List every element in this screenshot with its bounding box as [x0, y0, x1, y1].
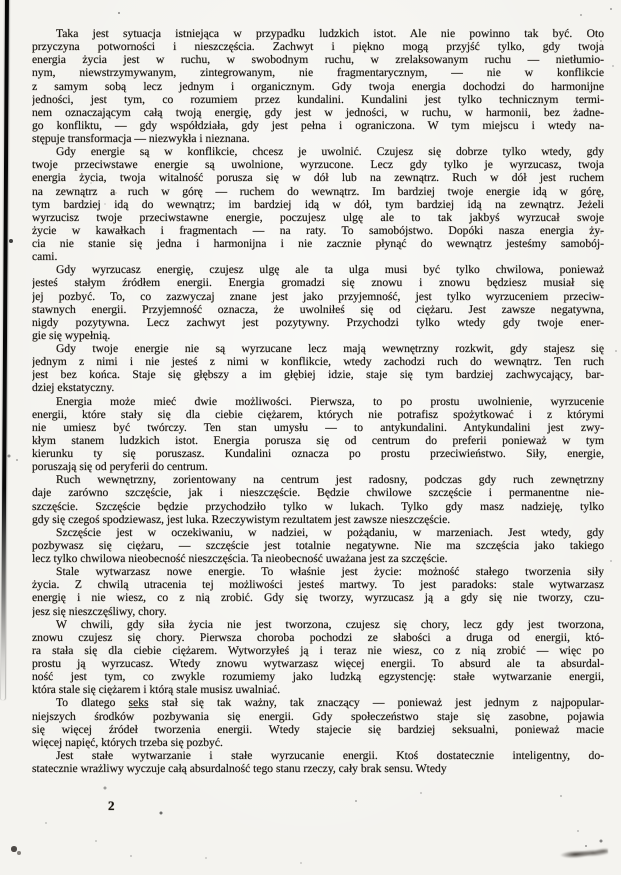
text-line: poruszają się od peryferii do centrum.: [32, 460, 604, 473]
text-line: ra stała się dla ciebie ciężarem. Wytwor…: [32, 644, 604, 657]
text-line: energia życia jest w ruchu, w swobodnym …: [32, 53, 604, 66]
text-line: jest bez końca. Staje się głębszy a im g…: [32, 368, 604, 381]
scan-speckles: [0, 0, 2, 2]
text-line: jesz się nieszczęśliwy, chory.: [32, 605, 604, 618]
text-line: która stale się ciężarem i którą stale m…: [32, 683, 604, 696]
text-line: kłym stanem ludzkich istot. Energia poru…: [32, 434, 604, 447]
text-line: kierunku ty się poruszasz. Kundalini ozn…: [32, 447, 604, 460]
text-line: ność jest tym, co zwykle rozumiemy jako …: [32, 670, 604, 683]
text-line: życie w kawałkach i fragmentach — na rat…: [32, 224, 604, 237]
text-line: nem oznaczającym całą twoją energię, gdy…: [32, 106, 604, 119]
text-line: pozbywasz się ciężaru, — szczęście jest …: [32, 539, 604, 552]
text-line: stępuje transformacja — niezwykła i niez…: [32, 132, 604, 145]
text-line: jesteś stałym źródłem energii. Energia g…: [32, 276, 604, 289]
text-line: gie się wypełnią.: [32, 329, 604, 342]
text-line: nie umiesz być twórczy. Ten stan umysłu …: [32, 421, 604, 434]
text-line: Ruch wewnętrzny, zorientowany na centrum…: [32, 473, 604, 486]
text-line: twoje przeciwstawe energie są uwolnione,…: [32, 158, 604, 171]
text-line: prostu ją wyrzucasz. Wtedy znowu wytwarz…: [32, 657, 604, 670]
text-line: nigdy pozytywna. Lecz zachwyt jest pozyt…: [32, 316, 604, 329]
text-line: Gdy energie są w konflikcie, chcesz je u…: [32, 145, 604, 158]
text-line: cami.: [32, 250, 604, 263]
text-line: niejszych środków pozbywania się energii…: [32, 710, 604, 723]
text-line: energię i nie wiesz, co z nią zrobić. Gd…: [32, 591, 604, 604]
text-line: Energia może mieć dwie możliwości. Pierw…: [32, 395, 604, 408]
text-line: cia nie stanie się jedna i harmonijna i …: [32, 237, 604, 250]
text-line: statecznie wrażliwy wyczuje całą absurda…: [32, 762, 604, 775]
text-line: lecz tylko chwilowa nieobecność nieszczę…: [32, 552, 604, 565]
text-line: szczęście. Szczęście będzie przychodziło…: [32, 500, 604, 513]
text-line: stawnych energii. Przyjemność oznacza, ż…: [32, 303, 604, 316]
text-line: Gdy wyrzucasz energię, czujesz ulgę ale …: [32, 263, 604, 276]
text-line: gdy się czegoś spodziewasz, jest luka. R…: [32, 513, 604, 526]
text-line: na zewnątrz a ruch w górę — ruchem do we…: [32, 185, 604, 198]
text-line: nym, niewstrzymywanym, zintegrowanym, ni…: [32, 66, 604, 79]
underlined-word: seks: [129, 696, 149, 709]
text-line: tym bardziej idą do wewnątrz; im bardzie…: [32, 198, 604, 211]
text-line: jej pozbyć. To, co zazwyczaj znane jest …: [32, 290, 604, 303]
text-line: energii, które stały się dla ciebie cięż…: [32, 408, 604, 421]
text-line: dziej ekstatyczny.: [32, 381, 604, 394]
text-line: z samym sobą lecz jednym i organicznym. …: [32, 80, 604, 93]
text-line: energia życia, twoja witalność porusza s…: [32, 171, 604, 184]
text-line: przyczyna potworności i nieszczęścia. Za…: [32, 40, 604, 53]
text-line: To dlatego seks stał się tak ważny, tak …: [32, 696, 604, 709]
text-line: Taka jest sytuacja istniejąca w przypadk…: [32, 27, 604, 40]
text-line: jednym z nimi i nie jesteś z nimi w konf…: [32, 355, 604, 368]
text-line: się więcej źródeł tworzenia energii. Wte…: [32, 723, 604, 736]
text-line: W chwili, gdy siła życia nie jest tworzo…: [32, 618, 604, 631]
text-line: go konfliktu, — gdy współdziała, gdy jes…: [32, 119, 604, 132]
text-line: jedności, jest tym, co rozumiem przez ku…: [32, 93, 604, 106]
text-line: Stale wytwarzasz nowe energie. To właśni…: [32, 565, 604, 578]
scan-smudge: [558, 847, 608, 860]
text-line: daje zarówno szczęście, jak i nieszczęśc…: [32, 486, 604, 499]
scanned-document-page: Taka jest sytuacja istniejąca w przypadk…: [0, 0, 621, 875]
text-line: życia. Z chwilą utracenia tej możliwości…: [32, 578, 604, 591]
page-number: 2: [108, 798, 115, 814]
scan-edge-line: [1, 0, 9, 700]
text-line: Jest stałe wytwarzanie i stałe wyrzucani…: [32, 749, 604, 762]
text-line: znowu czujesz się chory. Pierwsza chorob…: [32, 631, 604, 644]
text-line: więcej napięć, których trzeba się pozbyć…: [32, 736, 604, 749]
text-line: Gdy twoje energie nie są wyrzucane lecz …: [32, 342, 604, 355]
document-text: Taka jest sytuacja istniejąca w przypadk…: [32, 27, 604, 775]
text-line: Szczęście jest w oczekiwaniu, w nadziei,…: [32, 526, 604, 539]
text-line: wyrzucisz twoje przeciwstawne energie, p…: [32, 211, 604, 224]
